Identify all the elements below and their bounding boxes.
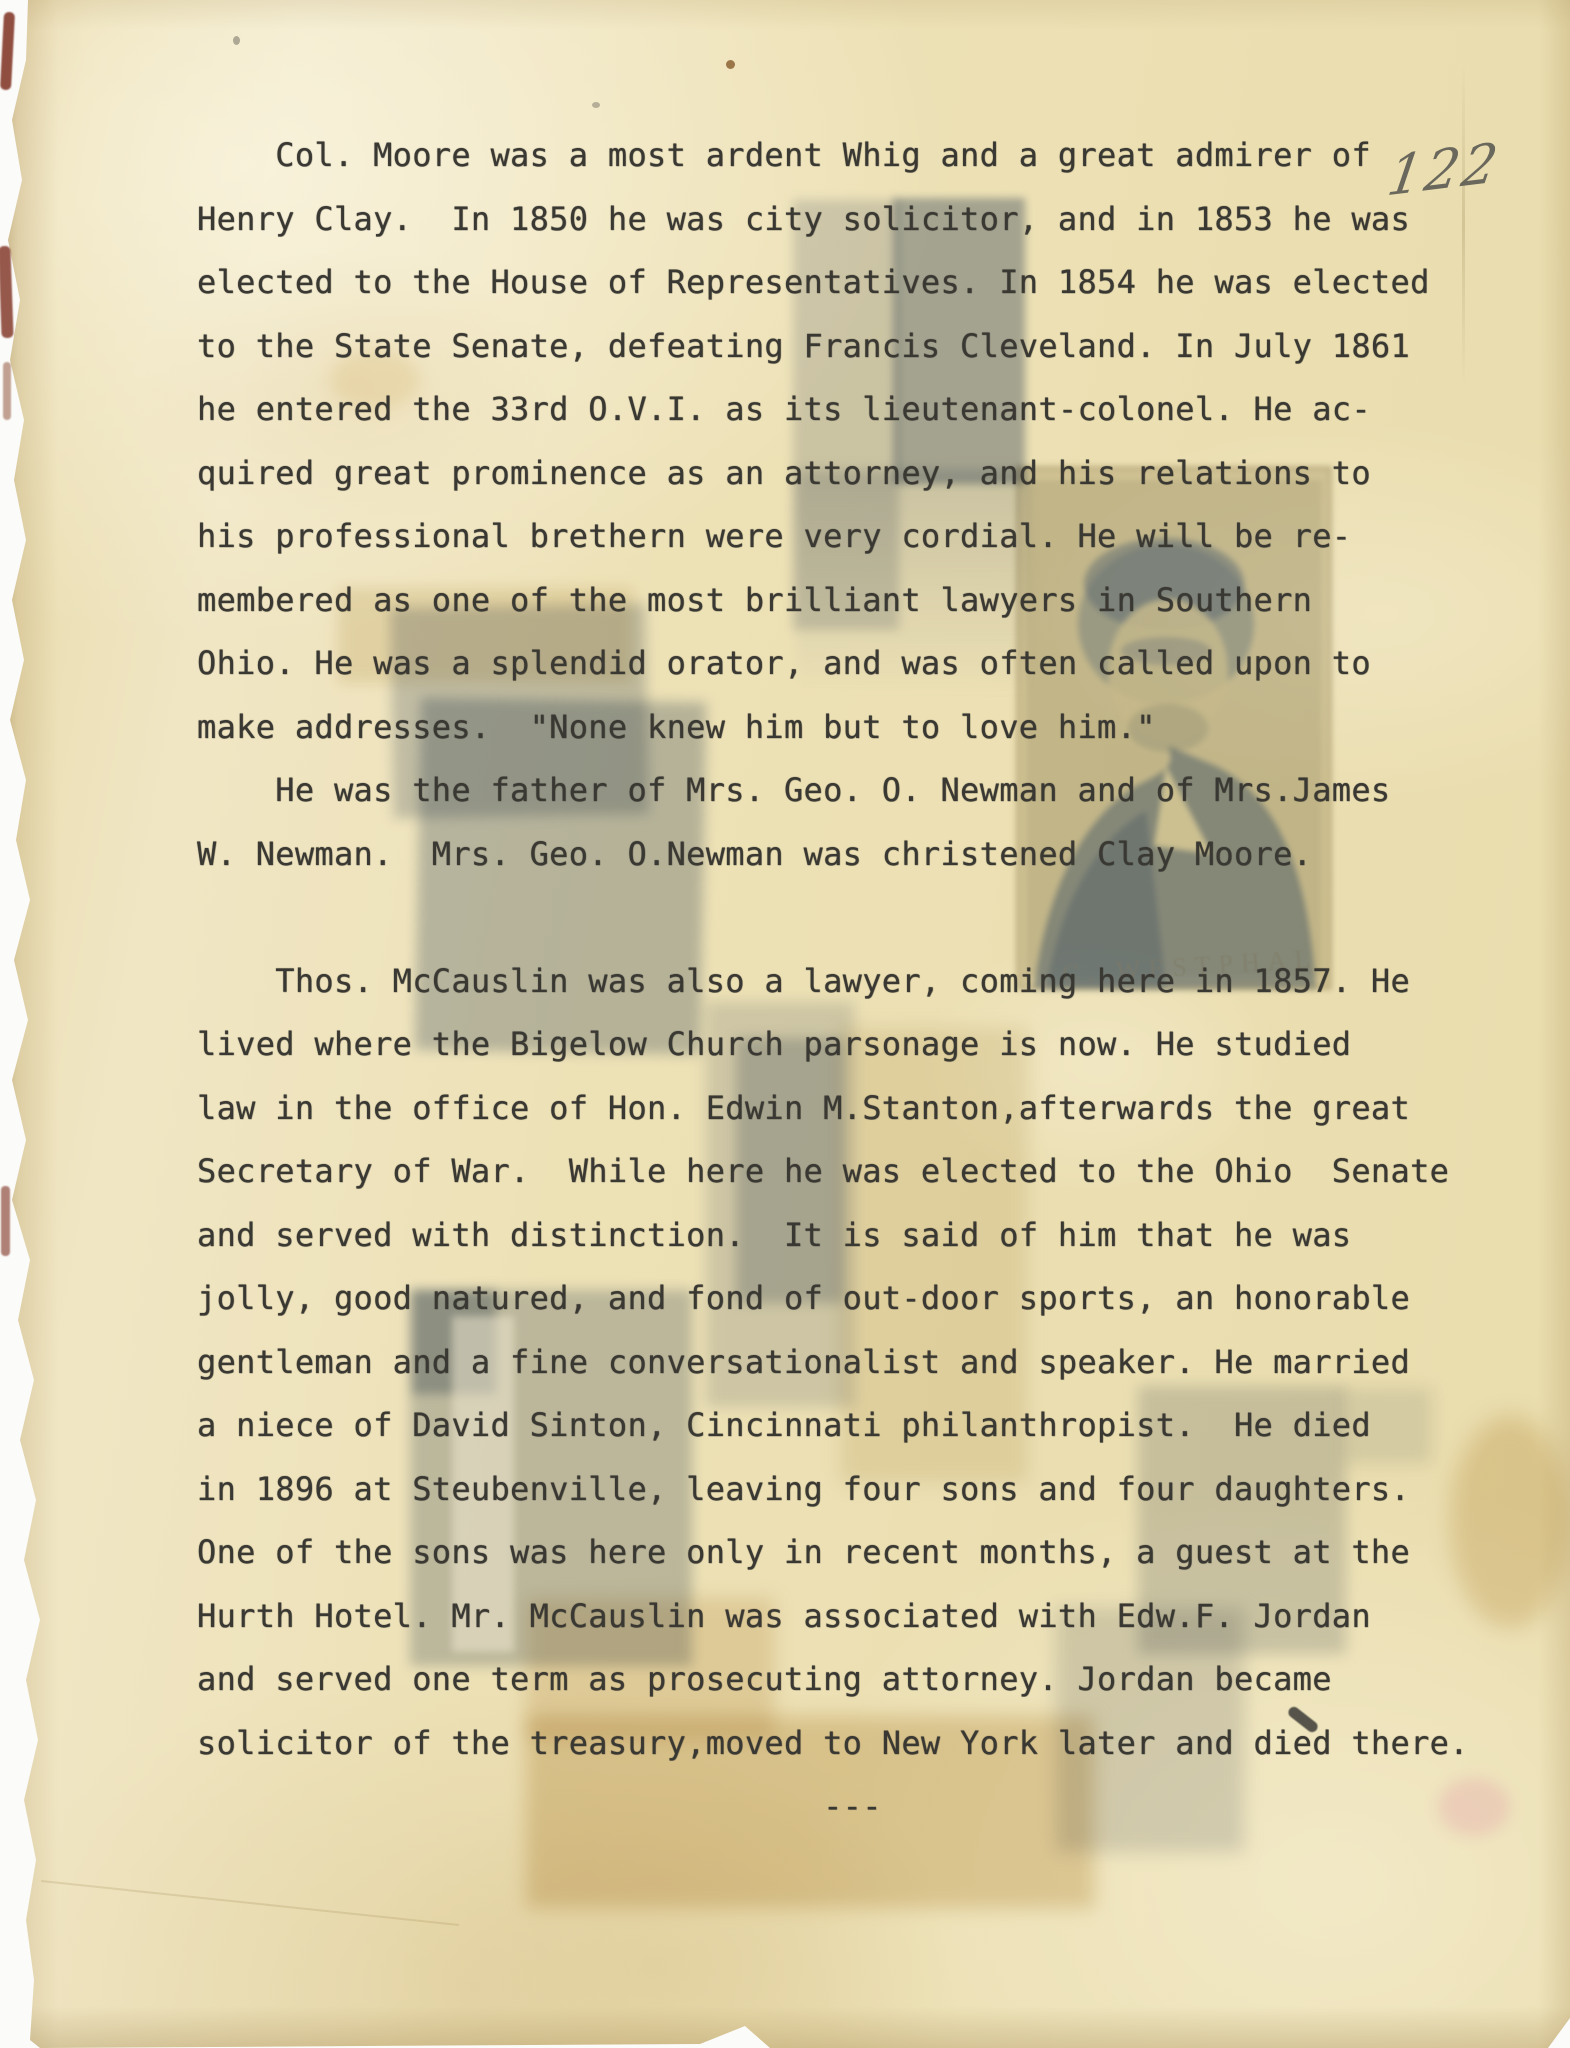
text-line: he entered the 33rd O.V.I. as its lieute… — [197, 378, 1497, 442]
text-line — [197, 886, 1497, 950]
text-line: jolly, good natured, and fond of out-doo… — [197, 1267, 1497, 1331]
red-edge-mark — [0, 12, 15, 90]
red-edge-mark — [0, 246, 14, 338]
text-line: in 1896 at Steubenville, leaving four so… — [197, 1458, 1497, 1522]
red-edge-mark — [1, 1186, 10, 1256]
text-line: One of the sons was here only in recent … — [197, 1521, 1497, 1585]
typewritten-text: Col. Moore was a most ardent Whig and a … — [197, 124, 1497, 1839]
text-line: a niece of David Sinton, Cincinnati phil… — [197, 1394, 1497, 1458]
document-scan: C. WESTPHAL Col. Moore was a most ardent… — [0, 0, 1570, 2048]
text-line: Secretary of War. While here he was elec… — [197, 1140, 1497, 1204]
text-line: make addresses. "None knew him but to lo… — [197, 696, 1497, 760]
text-line: and served one term as prosecuting attor… — [197, 1648, 1497, 1712]
text-line: gentleman and a fine conversationalist a… — [197, 1331, 1497, 1395]
text-line: law in the office of Hon. Edwin M.Stanto… — [197, 1077, 1497, 1141]
text-line: Henry Clay. In 1850 he was city solicito… — [197, 188, 1497, 252]
text-line: He was the father of Mrs. Geo. O. Newman… — [197, 759, 1497, 823]
text-line: his professional brethern were very cord… — [197, 505, 1497, 569]
text-line: and served with distinction. It is said … — [197, 1204, 1497, 1268]
text-line: Thos. McCauslin was also a lawyer, comin… — [197, 950, 1497, 1014]
paper-sheet: C. WESTPHAL Col. Moore was a most ardent… — [0, 0, 1570, 2048]
text-line: Col. Moore was a most ardent Whig and a … — [197, 124, 1497, 188]
text-line: Hurth Hotel. Mr. McCauslin was associate… — [197, 1585, 1497, 1649]
text-line: membered as one of the most brilliant la… — [197, 569, 1497, 633]
text-line: quired great prominence as an attorney, … — [197, 442, 1497, 506]
text-line: solicitor of the treasury,moved to New Y… — [197, 1712, 1497, 1776]
text-line: to the State Senate, defeating Francis C… — [197, 315, 1497, 379]
text-line: W. Newman. Mrs. Geo. O.Newman was christ… — [197, 823, 1497, 887]
text-line: Ohio. He was a splendid orator, and was … — [197, 632, 1497, 696]
text-line: elected to the House of Representatives.… — [197, 251, 1497, 315]
text-line: --- — [197, 1775, 1497, 1839]
red-edge-mark — [3, 362, 11, 420]
text-line: lived where the Bigelow Church parsonage… — [197, 1013, 1497, 1077]
